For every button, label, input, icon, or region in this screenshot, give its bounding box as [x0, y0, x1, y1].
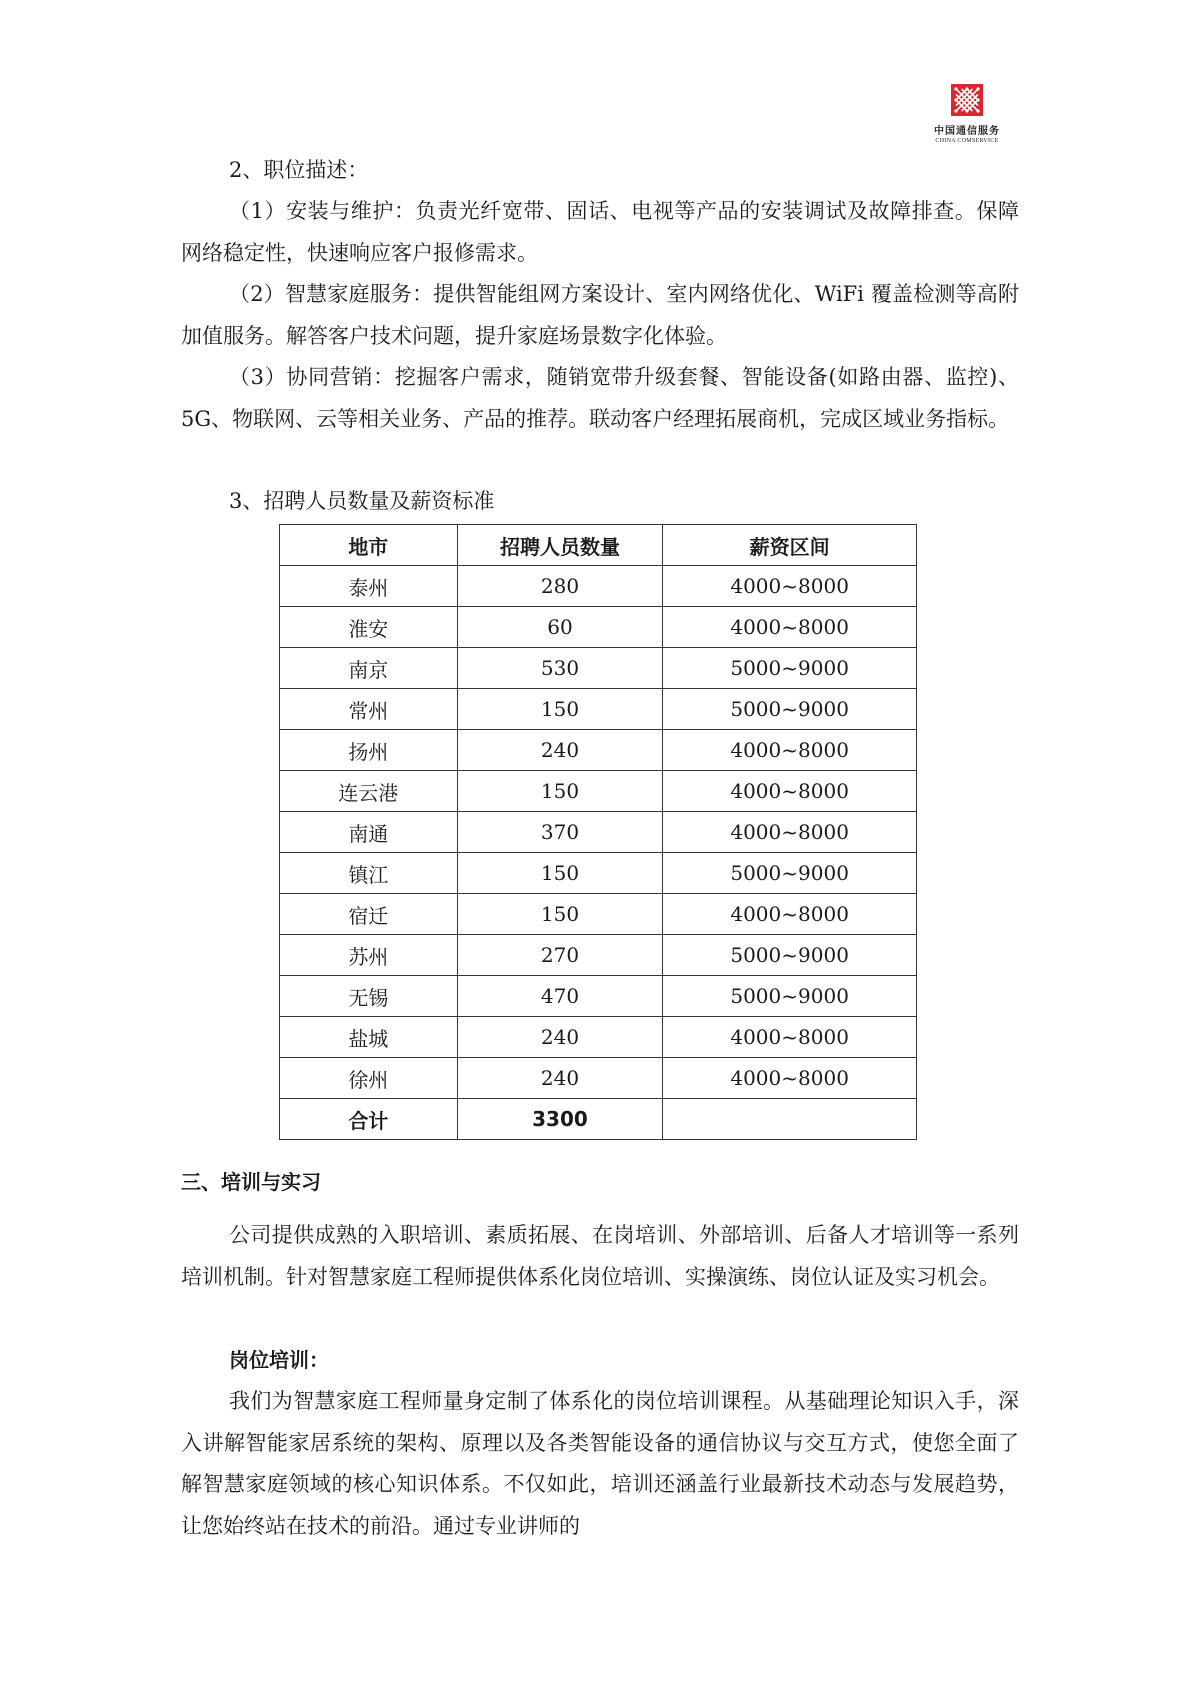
- cell-city: 常州: [280, 689, 458, 730]
- training-intro: 公司提供成熟的入职培训、素质拓展、在岗培训、外部培训、后备人才培训等一系列培训机…: [181, 1215, 1019, 1298]
- cell-city: 无锡: [280, 976, 458, 1017]
- recruitment-table: 地市 招聘人员数量 薪资区间 泰州2804000~8000 淮安604000~8…: [279, 524, 917, 1140]
- table-row: 宿迁1504000~8000: [280, 894, 917, 935]
- table-row: 盐城2404000~8000: [280, 1017, 917, 1058]
- cell-salary: 5000~9000: [663, 689, 917, 730]
- table-row: 扬州2404000~8000: [280, 730, 917, 771]
- cell-city: 连云港: [280, 771, 458, 812]
- cell-salary: 5000~9000: [663, 935, 917, 976]
- training-body: 我们为智慧家庭工程师量身定制了体系化的岗位培训课程。从基础理论知识入手，深入讲解…: [181, 1381, 1019, 1547]
- header-city: 地市: [280, 525, 458, 566]
- cell-salary: 4000~8000: [663, 812, 917, 853]
- cell-count: 60: [457, 607, 663, 648]
- cell-count: 150: [457, 689, 663, 730]
- section-heading-training: 三、培训与实习: [181, 1162, 1019, 1204]
- cell-salary: 5000~9000: [663, 853, 917, 894]
- cell-salary: 4000~8000: [663, 607, 917, 648]
- job-item-install: （1）安装与维护：负责光纤宽带、固话、电视等产品的安装调试及故障排查。保障网络稳…: [181, 191, 1019, 274]
- cell-city: 泰州: [280, 566, 458, 607]
- cell-count: 240: [457, 1058, 663, 1099]
- table-total-row: 合计3300: [280, 1099, 917, 1140]
- section-heading-job-description: 2、职位描述：: [181, 150, 1019, 192]
- table-row: 南通3704000~8000: [280, 812, 917, 853]
- cell-salary: 4000~8000: [663, 894, 917, 935]
- cell-salary: 5000~9000: [663, 976, 917, 1017]
- total-salary: [663, 1099, 917, 1140]
- cell-city: 盐城: [280, 1017, 458, 1058]
- job-item-smart-home: （2）智慧家庭服务：提供智能组网方案设计、室内网络优化、WiFi 覆盖检测等高附…: [181, 274, 1019, 357]
- table-row: 连云港1504000~8000: [280, 771, 917, 812]
- table-row: 镇江1505000~9000: [280, 853, 917, 894]
- cell-count: 270: [457, 935, 663, 976]
- table-row: 苏州2705000~9000: [280, 935, 917, 976]
- total-label: 合计: [280, 1099, 458, 1140]
- job-item-marketing: （3）协同营销：挖掘客户需求，随销宽带升级套餐、智能设备(如路由器、监控)、5G…: [181, 357, 1019, 440]
- cell-count: 280: [457, 566, 663, 607]
- table-row: 常州1505000~9000: [280, 689, 917, 730]
- table-row: 淮安604000~8000: [280, 607, 917, 648]
- header-salary: 薪资区间: [663, 525, 917, 566]
- cell-salary: 4000~8000: [663, 771, 917, 812]
- cell-count: 150: [457, 894, 663, 935]
- cell-count: 150: [457, 771, 663, 812]
- logo-name-cn: 中国通信服务: [912, 122, 1022, 137]
- header-count: 招聘人员数量: [457, 525, 663, 566]
- table-header-row: 地市 招聘人员数量 薪资区间: [280, 525, 917, 566]
- cell-city: 淮安: [280, 607, 458, 648]
- cell-salary: 4000~8000: [663, 730, 917, 771]
- cell-salary: 5000~9000: [663, 648, 917, 689]
- cell-salary: 4000~8000: [663, 1017, 917, 1058]
- cell-salary: 4000~8000: [663, 1058, 917, 1099]
- company-logo: 中国通信服务 CHINA COMSERVICE: [912, 84, 1022, 144]
- cell-city: 南通: [280, 812, 458, 853]
- china-comservice-logo-icon: [951, 84, 983, 116]
- subheading-job-training: 岗位培训：: [229, 1340, 1067, 1382]
- cell-count: 370: [457, 812, 663, 853]
- table-row: 南京5305000~9000: [280, 648, 917, 689]
- cell-count: 150: [457, 853, 663, 894]
- cell-count: 240: [457, 730, 663, 771]
- cell-count: 470: [457, 976, 663, 1017]
- section-heading-recruitment: 3、招聘人员数量及薪资标准: [181, 481, 1019, 523]
- logo-name-en: CHINA COMSERVICE: [912, 138, 1022, 144]
- cell-city: 徐州: [280, 1058, 458, 1099]
- cell-count: 530: [457, 648, 663, 689]
- table-row: 徐州2404000~8000: [280, 1058, 917, 1099]
- cell-city: 扬州: [280, 730, 458, 771]
- total-count: 3300: [457, 1099, 663, 1140]
- table-row: 泰州2804000~8000: [280, 566, 917, 607]
- cell-city: 宿迁: [280, 894, 458, 935]
- cell-count: 240: [457, 1017, 663, 1058]
- cell-city: 苏州: [280, 935, 458, 976]
- cell-city: 南京: [280, 648, 458, 689]
- cell-salary: 4000~8000: [663, 566, 917, 607]
- cell-city: 镇江: [280, 853, 458, 894]
- table-row: 无锡4705000~9000: [280, 976, 917, 1017]
